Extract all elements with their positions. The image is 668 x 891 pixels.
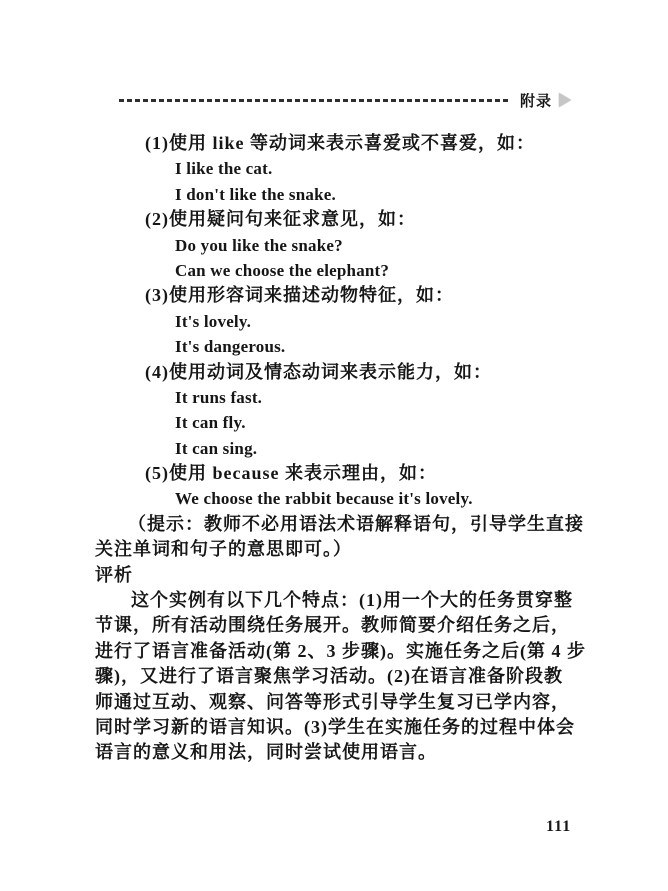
dotted-rule-icon — [119, 99, 511, 102]
analysis-line: 师通过互动、观察、问答等形式引导学生复习已学内容， — [95, 690, 573, 715]
tip-line: （提示：教师不必用语法术语解释语句，引导学生直接 — [95, 512, 573, 537]
example-item-line: (3)使用形容词来描述动物特征，如： — [95, 283, 573, 308]
page-body: (1)使用 like 等动词来表示喜爱或不喜爱，如： I like the ca… — [95, 131, 573, 766]
right-arrow-triangle-icon — [559, 93, 571, 107]
analysis-line: 进行了语言准备活动(第 2、3 步骤)。实施任务之后(第 4 步 — [95, 639, 573, 664]
example-sentence: Do you like the snake? — [95, 233, 573, 258]
example-sentence: It's lovely. — [95, 309, 573, 334]
running-header: 附录 — [119, 91, 571, 109]
section-label: 附录 — [520, 90, 552, 111]
example-sentence: It runs fast. — [95, 385, 573, 410]
example-sentence: I don't like the snake. — [95, 182, 573, 207]
example-sentence: I like the cat. — [95, 156, 573, 181]
analysis-heading: 评析 — [95, 563, 573, 588]
example-sentence: It can fly. — [95, 410, 573, 435]
example-sentence: It can sing. — [95, 436, 573, 461]
analysis-line: 这个实例有以下几个特点：(1)用一个大的任务贯穿整 — [95, 588, 573, 613]
example-item-line: (4)使用动词及情态动词来表示能力，如： — [95, 360, 573, 385]
analysis-line: 骤)，又进行了语言聚焦学习活动。(2)在语言准备阶段教 — [95, 664, 573, 689]
example-sentence: It's dangerous. — [95, 334, 573, 359]
page-number: 111 — [546, 818, 571, 836]
example-item-line: (2)使用疑问句来征求意见，如： — [95, 207, 573, 232]
tip-line: 关注单词和句子的意思即可。） — [95, 537, 573, 562]
analysis-line: 节课，所有活动围绕任务展开。教师简要介绍任务之后， — [95, 613, 573, 638]
example-item-line: (5)使用 because 来表示理由，如： — [95, 461, 573, 486]
example-item-line: (1)使用 like 等动词来表示喜爱或不喜爱，如： — [95, 131, 573, 156]
analysis-line: 语言的意义和用法，同时尝试使用语言。 — [95, 740, 573, 765]
analysis-line: 同时学习新的语言知识。(3)学生在实施任务的过程中体会 — [95, 715, 573, 740]
example-sentence: Can we choose the elephant? — [95, 258, 573, 283]
example-sentence: We choose the rabbit because it's lovely… — [95, 486, 573, 511]
book-page: { "header": { "section_label": "附录", "di… — [0, 0, 668, 891]
